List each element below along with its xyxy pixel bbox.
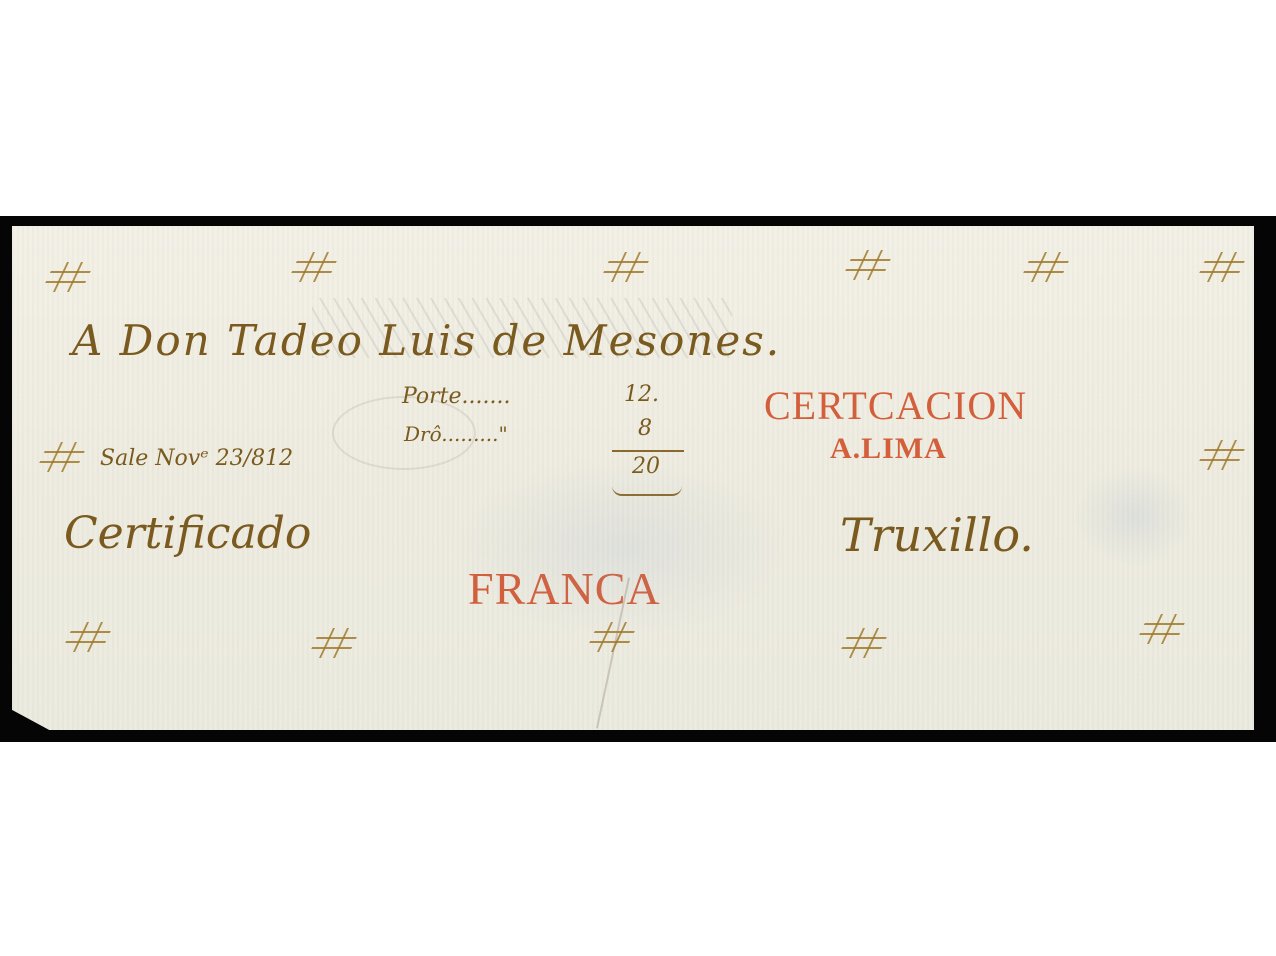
certification-stamp-line1: CERTCACION: [764, 382, 1027, 429]
destination-town: Truxillo.: [840, 508, 1034, 562]
hash-mark-icon: [1195, 252, 1249, 282]
hash-mark-icon: [585, 622, 639, 652]
black-mount-background: A Don Tadeo Luis de Mesones. Porte......…: [0, 216, 1276, 742]
hash-mark-icon: [307, 628, 361, 658]
rate-sum-line: [612, 450, 684, 452]
hash-mark-icon: [1135, 614, 1189, 644]
hash-mark-icon: [841, 250, 895, 280]
addressee-line: A Don Tadeo Luis de Mesones.: [72, 316, 781, 365]
hash-mark-icon: [61, 622, 115, 652]
rate-label-derecho: Drô.........": [404, 422, 508, 446]
hash-mark-icon: [599, 252, 653, 282]
paper-crack: [596, 577, 630, 728]
hash-mark-icon: [837, 628, 891, 658]
franca-stamp: FRANCA: [468, 562, 661, 615]
dispatch-date-note: Sale Novᵉ 23/812: [100, 446, 293, 471]
hash-mark-icon: [287, 252, 341, 282]
paper-stain: [1074, 466, 1194, 566]
cover-paper: A Don Tadeo Luis de Mesones. Porte......…: [12, 226, 1254, 730]
rate-total: 20: [632, 454, 660, 479]
hash-mark-icon: [35, 442, 89, 472]
hash-mark-icon: [1019, 252, 1073, 282]
rate-flourish: [612, 486, 682, 496]
certification-stamp-line2: A.LIMA: [830, 432, 947, 466]
hash-mark-icon: [1195, 440, 1249, 470]
rate-label-porte: Porte.......: [402, 384, 511, 409]
certified-note: Certificado: [64, 508, 311, 559]
hash-mark-icon: [41, 262, 95, 292]
rate-value-porte: 12.: [624, 382, 659, 407]
rate-value-derecho: 8: [638, 416, 652, 441]
